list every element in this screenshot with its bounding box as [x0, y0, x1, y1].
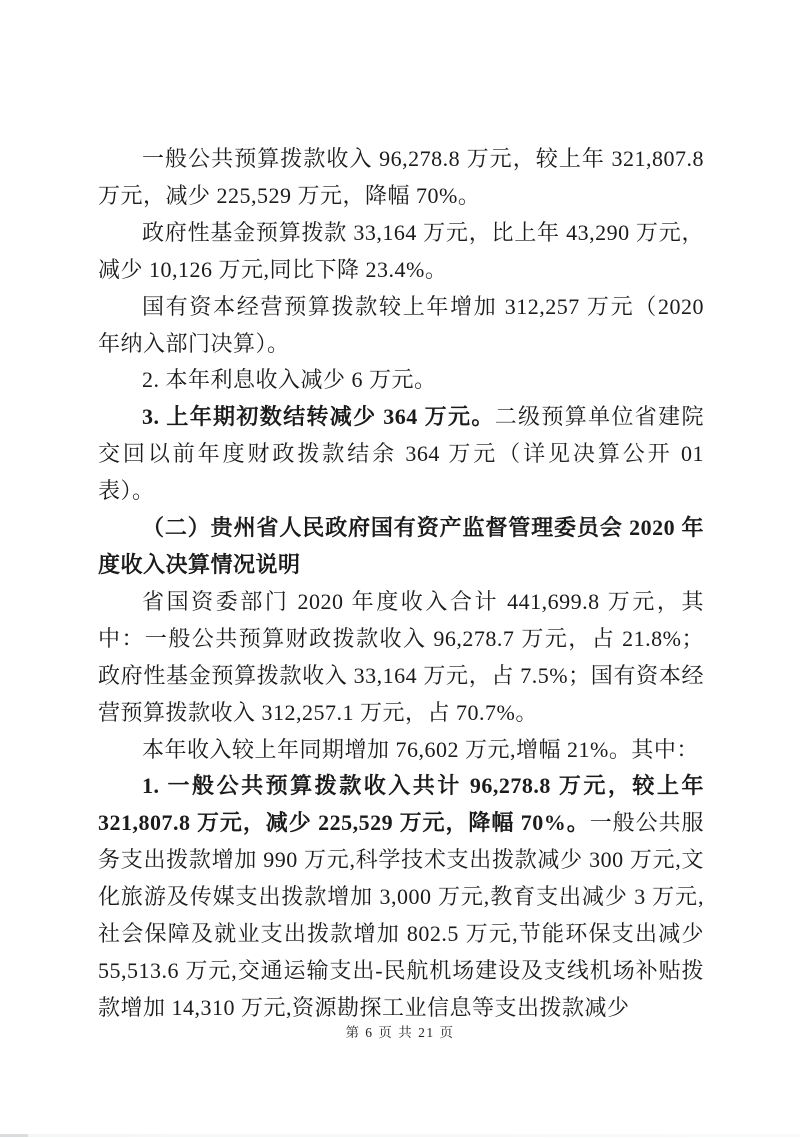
paragraph-text: 国有资本经营预算拨款较上年增加 312,257 万元（2020 年纳入部门决算）…: [98, 294, 704, 356]
paragraph-state-capital-budget: 国有资本经营预算拨款较上年增加 312,257 万元（2020 年纳入部门决算）…: [98, 289, 704, 363]
paragraph-text: 本年收入较上年同期增加 76,602 万元,增幅 21%。其中：: [142, 737, 699, 762]
paragraph-text: 政府性基金预算拨款 33,164 万元，比上年 43,290 万元，减少 10,…: [98, 220, 704, 282]
document-page: 一般公共预算拨款收入 96,278.8 万元，较上年 321,807.8 万元，…: [0, 0, 800, 1138]
page-number-indicator: 第 6 页 共 21 页: [345, 1025, 454, 1040]
paragraph-yoy-income-increase: 本年收入较上年同期增加 76,602 万元,增幅 21%。其中：: [98, 732, 704, 769]
scan-artifact-bottom-edge: [0, 1134, 800, 1137]
document-body: 一般公共预算拨款收入 96,278.8 万元，较上年 321,807.8 万元，…: [98, 141, 704, 1027]
paragraph-carryover-decrease: 3. 上年期初数结转减少 364 万元。二级预算单位省建院交回以前年度财政拨款结…: [98, 399, 704, 510]
page-footer: 第 6 页 共 21 页: [0, 1021, 800, 1041]
paragraph-general-budget-income: 一般公共预算拨款收入 96,278.8 万元，较上年 321,807.8 万元，…: [98, 141, 704, 215]
paragraph-interest-income: 2. 本年利息收入减少 6 万元。: [98, 362, 704, 399]
paragraph-text: 省国资委部门 2020 年度收入合计 441,699.8 万元，其中：一般公共预…: [98, 589, 704, 725]
paragraph-text: 一般公共服务支出拨款增加 990 万元,科学技术支出拨款减少 300 万元,文化…: [98, 810, 704, 1020]
paragraph-govt-fund-budget: 政府性基金预算拨款 33,164 万元，比上年 43,290 万元，减少 10,…: [98, 215, 704, 289]
paragraph-text: 2. 本年利息收入减少 6 万元。: [142, 367, 437, 392]
paragraph-bold-lead: 3. 上年期初数结转减少 364 万元。: [142, 404, 495, 429]
paragraph-text: 一般公共预算拨款收入 96,278.8 万元，较上年 321,807.8 万元，…: [98, 146, 704, 208]
paragraph-general-budget-detail: 1. 一般公共预算拨款收入共计 96,278.8 万元，较上年 321,807.…: [98, 768, 704, 1026]
section-heading-text: （二）贵州省人民政府国有资产监督管理委员会 2020 年度收入决算情况说明: [98, 515, 704, 577]
paragraph-total-income-summary: 省国资委部门 2020 年度收入合计 441,699.8 万元，其中：一般公共预…: [98, 584, 704, 732]
section-heading-income-statement: （二）贵州省人民政府国有资产监督管理委员会 2020 年度收入决算情况说明: [98, 510, 704, 584]
